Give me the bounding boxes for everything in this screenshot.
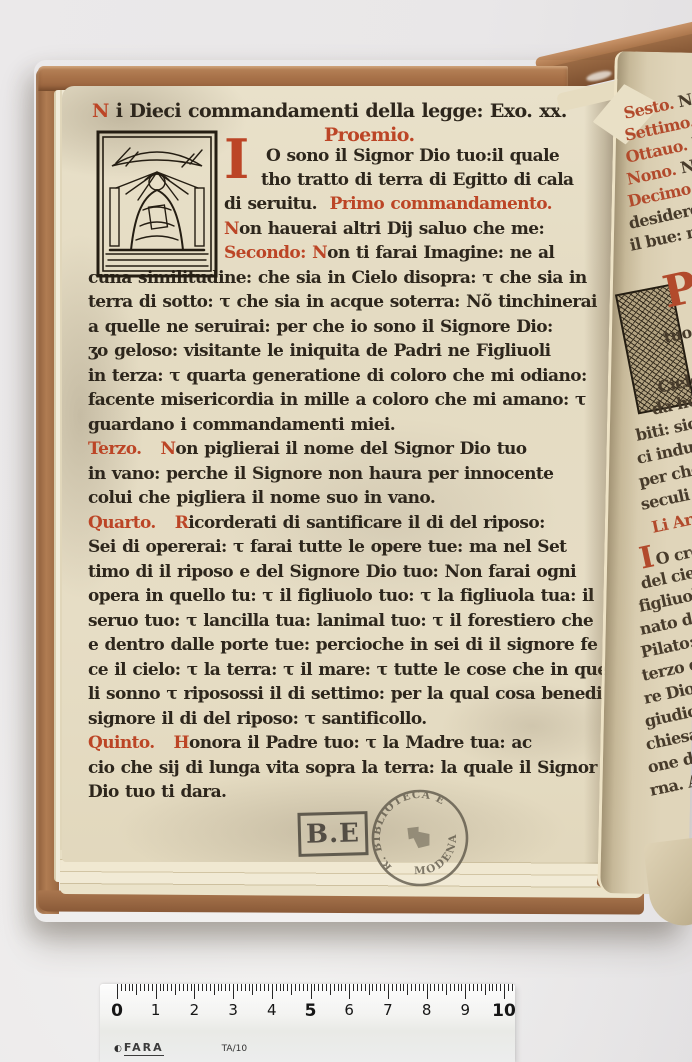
rubric-text: N — [224, 219, 239, 239]
text-line: Non hauerai altri Dij saluo che me: — [224, 221, 544, 238]
ruler-tick — [160, 984, 161, 991]
text-line: opera in quello tu: τ il figliuolo tuo: … — [88, 588, 594, 605]
ruler-tick — [334, 984, 335, 991]
ruler-tick — [442, 984, 443, 991]
ink-text: Sei di opererai: τ farai tutte le opere … — [88, 537, 566, 557]
ink-text: timo di il riposo e del Signore Dio tuo:… — [88, 562, 576, 582]
ruler-tick — [272, 984, 273, 999]
ruler-tick — [512, 984, 513, 991]
ruler-tick — [210, 984, 211, 991]
ruler-tick — [372, 984, 373, 991]
ruler-number: 7 — [383, 1001, 393, 1019]
ruler-tick — [214, 984, 215, 995]
ruler-tick — [400, 984, 401, 991]
ruler-number: 5 — [305, 1001, 317, 1021]
ruler-tick — [465, 984, 466, 999]
ruler-tick — [171, 984, 172, 991]
text-line: cio che sij di lunga vita sopra la terra… — [88, 760, 597, 777]
ink-text: signore il di del riposo: τ santificollo… — [88, 709, 427, 729]
text-line: N i Dieci commandamenti della legge: Exo… — [92, 102, 567, 121]
text-line: in vano: perche il Signore non haura per… — [88, 466, 553, 483]
ruler-tick — [187, 984, 188, 991]
ink-text: terra di sotto: τ che sia in acque soter… — [88, 292, 597, 312]
ruler-tick — [299, 984, 300, 991]
ink-text: a quelle ne seruirai: per che io sono il… — [88, 317, 553, 337]
ruler: 012345678910 ◐FARATA/10 — [100, 984, 515, 1062]
ruler-tick — [225, 984, 226, 991]
ink-text: li sonno τ riposossi il di settimo: per … — [88, 684, 620, 704]
ink-text: e dentro dalle porte tue: percioche in s… — [88, 635, 597, 655]
ruler-tick — [369, 984, 370, 995]
ink-text: in vano: perche il Signore non haura per… — [88, 464, 553, 484]
text-line: ce il cielo: τ la terra: τ il mare: τ tu… — [88, 662, 613, 679]
ink-text: on hauerai altri Dij saluo che me: — [239, 219, 544, 239]
rubric-text: Primo commandamento. — [330, 194, 552, 214]
ruler-tick — [469, 984, 470, 991]
ruler-tick — [156, 984, 157, 999]
ink-text: cio che sij di lunga vita sopra la terra… — [88, 758, 597, 778]
ruler-tick — [191, 984, 192, 991]
ruler-tick — [338, 984, 339, 991]
text-line: signore il di del riposo: τ santificollo… — [88, 711, 427, 728]
ruler-tick — [307, 984, 308, 991]
ruler-tick — [256, 984, 257, 991]
ink-text: on piglierai il nome del Signor Dio tuo — [175, 439, 526, 459]
ruler-tick — [179, 984, 180, 991]
ruler-tick — [206, 984, 207, 991]
ruler-tick — [117, 984, 118, 999]
ruler-tick — [175, 984, 176, 995]
text-line: guardano i commandamenti miei. — [88, 417, 395, 434]
rubric-text: Quarto. R — [88, 513, 188, 533]
ruler-tick — [415, 984, 416, 991]
ruler-number: 10 — [492, 1001, 516, 1021]
ruler-tick — [295, 984, 296, 991]
ruler-tick — [407, 984, 408, 995]
ruler-tick — [477, 984, 478, 991]
ink-text: facente misericordia in mille a coloro c… — [88, 390, 586, 410]
text-line: di seruitu. Primo commandamento. — [224, 196, 552, 213]
ruler-tick — [152, 984, 153, 991]
ruler-tick — [163, 984, 164, 991]
ruler-number: 2 — [190, 1001, 200, 1019]
ruler-tick — [144, 984, 145, 991]
ruler-tick — [198, 984, 199, 991]
ink-text: opera in quello tu: τ il figliuolo tuo: … — [88, 586, 594, 606]
woodcut-god-enthroned — [96, 130, 218, 278]
ruler-tick — [353, 984, 354, 991]
ruler-number: 4 — [267, 1001, 277, 1019]
ruler-tick — [489, 984, 490, 991]
ink-text: tho tratto di terra di Egitto di cala — [261, 170, 573, 190]
ruler-tick — [148, 984, 149, 991]
rubric-text: N — [92, 100, 116, 122]
ruler-tick — [446, 984, 447, 995]
ruler-tick — [376, 984, 377, 991]
ruler-number: 1 — [151, 1001, 161, 1019]
ruler-tick — [237, 984, 238, 991]
text-line: O sono il Signor Dio tuo:il quale — [266, 148, 559, 165]
ruler-tick — [357, 984, 358, 991]
ruler-tick — [450, 984, 451, 991]
text-line: e dentro dalle porte tue: percioche in s… — [88, 637, 597, 654]
ruler-tick — [384, 984, 385, 991]
text-line: Quarto. Ricorderati di santificare il di… — [88, 515, 545, 532]
ruler-number: 3 — [228, 1001, 238, 1019]
text-line: Dio tuo ti dara. — [88, 784, 226, 801]
text-line: tho tratto di terra di Egitto di cala — [261, 172, 573, 189]
ruler-tick — [311, 984, 312, 999]
drop-cap-i: I — [224, 132, 249, 186]
ruler-tick — [318, 984, 319, 991]
ruler-tick — [419, 984, 420, 991]
stamp-emblem — [402, 821, 435, 852]
ink-text: colui che pigliera il nome suo in vano. — [88, 488, 435, 508]
ruler-tick — [245, 984, 246, 991]
ruler-tick — [280, 984, 281, 991]
ruler-tick — [276, 984, 277, 991]
ruler-tick — [268, 984, 269, 991]
ruler-tick — [438, 984, 439, 991]
ruler-tick — [403, 984, 404, 991]
ruler-tick — [322, 984, 323, 991]
fara-logo: FARA — [124, 1041, 164, 1056]
text-line: terra di sotto: τ che sia in acque soter… — [88, 294, 597, 311]
ink-text: di seruitu. — [224, 194, 330, 214]
ruler-tick — [430, 984, 431, 991]
text-line: Proemio. — [324, 126, 415, 145]
ruler-tick — [423, 984, 424, 991]
text-line: ʒo geloso: visitante le iniquita de Padr… — [88, 343, 550, 360]
ruler-tick — [183, 984, 184, 991]
ruler-tick — [330, 984, 331, 995]
ruler-tick — [264, 984, 265, 991]
ruler-tick — [291, 984, 292, 995]
ink-text: onora il Padre tuo: τ la Madre tua: ac — [189, 733, 532, 753]
rubric-text: Terzo. N — [88, 439, 175, 459]
ink-text: Dio tuo ti dara. — [88, 782, 226, 802]
rubric-text: Quinto. H — [88, 733, 189, 753]
ruler-tick — [303, 984, 304, 991]
ruler-tick — [218, 984, 219, 991]
ruler-tick — [125, 984, 126, 991]
text-line: in terza: τ quarta generatione di coloro… — [88, 368, 587, 385]
ruler-tick — [500, 984, 501, 991]
ink-text: i Dieci commandamenti della legge: Exo. … — [116, 100, 567, 122]
ruler-number: 9 — [461, 1001, 471, 1019]
ruler-tick — [392, 984, 393, 991]
ink-text: on ti farai Imagine: ne al — [327, 243, 554, 263]
text-line: seruo tuo: τ lancilla tua: lanimal tuo: … — [88, 613, 593, 630]
left-page: I N i Dieci commandamenti della legge: E… — [62, 86, 614, 862]
model-label: TA/10 — [222, 1044, 247, 1054]
ruler-tick — [454, 984, 455, 991]
ruler-tick — [349, 984, 350, 999]
ink-text: in terza: τ quarta generatione di coloro… — [88, 366, 587, 386]
ruler-tick — [249, 984, 250, 991]
text-line: a quelle ne seruirai: per che io sono il… — [88, 319, 553, 336]
ruler-tick — [481, 984, 482, 991]
ruler-tick — [194, 984, 195, 999]
text-line: colui che pigliera il nome suo in vano. — [88, 490, 435, 507]
ruler-tick — [241, 984, 242, 991]
text-line: facente misericordia in mille a coloro c… — [88, 392, 586, 409]
brand-icon: ◐ — [114, 1044, 122, 1054]
ruler-tick — [434, 984, 435, 991]
ruler-tick — [260, 984, 261, 991]
ruler-tick — [252, 984, 253, 995]
ruler-tick — [314, 984, 315, 991]
ruler-tick — [229, 984, 230, 991]
ruler-number: 6 — [344, 1001, 354, 1019]
text-line: Quinto. Honora il Padre tuo: τ la Madre … — [88, 735, 532, 752]
ruler-tick — [461, 984, 462, 991]
ruler-tick — [427, 984, 428, 999]
ruler-number: 0 — [111, 1001, 123, 1021]
photograph: Sesto. Non SSettimo. NoOttauo. NonNono. … — [0, 0, 692, 1062]
text-line: timo di il riposo e del Signore Dio tuo:… — [88, 564, 576, 581]
ruler-tick — [508, 984, 509, 991]
ruler-tick — [132, 984, 133, 991]
ruler-tick — [233, 984, 234, 999]
ruler-tick — [361, 984, 362, 991]
ink-text: ce il cielo: τ la terra: τ il mare: τ tu… — [88, 660, 613, 680]
text-line: li sonno τ riposossi il di settimo: per … — [88, 686, 620, 703]
ruler-tick — [221, 984, 222, 991]
ruler-tick — [365, 984, 366, 991]
ruler-tick — [287, 984, 288, 991]
ruler-tick — [496, 984, 497, 991]
ruler-tick — [129, 984, 130, 991]
ink-text: icorderati di santificare il di del ripo… — [188, 513, 545, 533]
ruler-tick — [167, 984, 168, 991]
ruler-tick — [492, 984, 493, 991]
ruler-tick — [396, 984, 397, 991]
ruler-tick — [326, 984, 327, 991]
ruler-tick — [458, 984, 459, 991]
ruler-tick — [388, 984, 389, 999]
ink-text: guardano i commandamenti miei. — [88, 415, 395, 435]
ruler-tick — [202, 984, 203, 991]
rubric-text: Secondo: N — [224, 243, 327, 263]
ruler-tick — [473, 984, 474, 991]
ink-text: O sono il Signor Dio tuo:il quale — [266, 146, 559, 166]
ruler-tick — [345, 984, 346, 991]
ruler-tick — [121, 984, 122, 991]
text-line: Sei di opererai: τ farai tutte le opere … — [88, 539, 566, 556]
text-line: Secondo: Non ti farai Imagine: ne al — [224, 245, 554, 262]
ruler-tick — [380, 984, 381, 991]
ink-text: seruo tuo: τ lancilla tua: lanimal tuo: … — [88, 611, 593, 631]
ruler-tick — [411, 984, 412, 991]
ruler-tick — [140, 984, 141, 991]
ruler-brand: ◐FARATA/10 — [114, 1036, 494, 1052]
text-line: Terzo. Non piglierai il nome del Signor … — [88, 441, 526, 458]
ruler-tick — [485, 984, 486, 995]
ink-text: ʒo geloso: visitante le iniquita de Padr… — [88, 341, 550, 361]
rubric-text: Proemio. — [324, 124, 415, 146]
ruler-tick — [136, 984, 137, 995]
ruler-tick — [283, 984, 284, 991]
ruler-number: 8 — [422, 1001, 432, 1019]
ruler-tick — [504, 984, 505, 999]
ruler-tick — [341, 984, 342, 991]
